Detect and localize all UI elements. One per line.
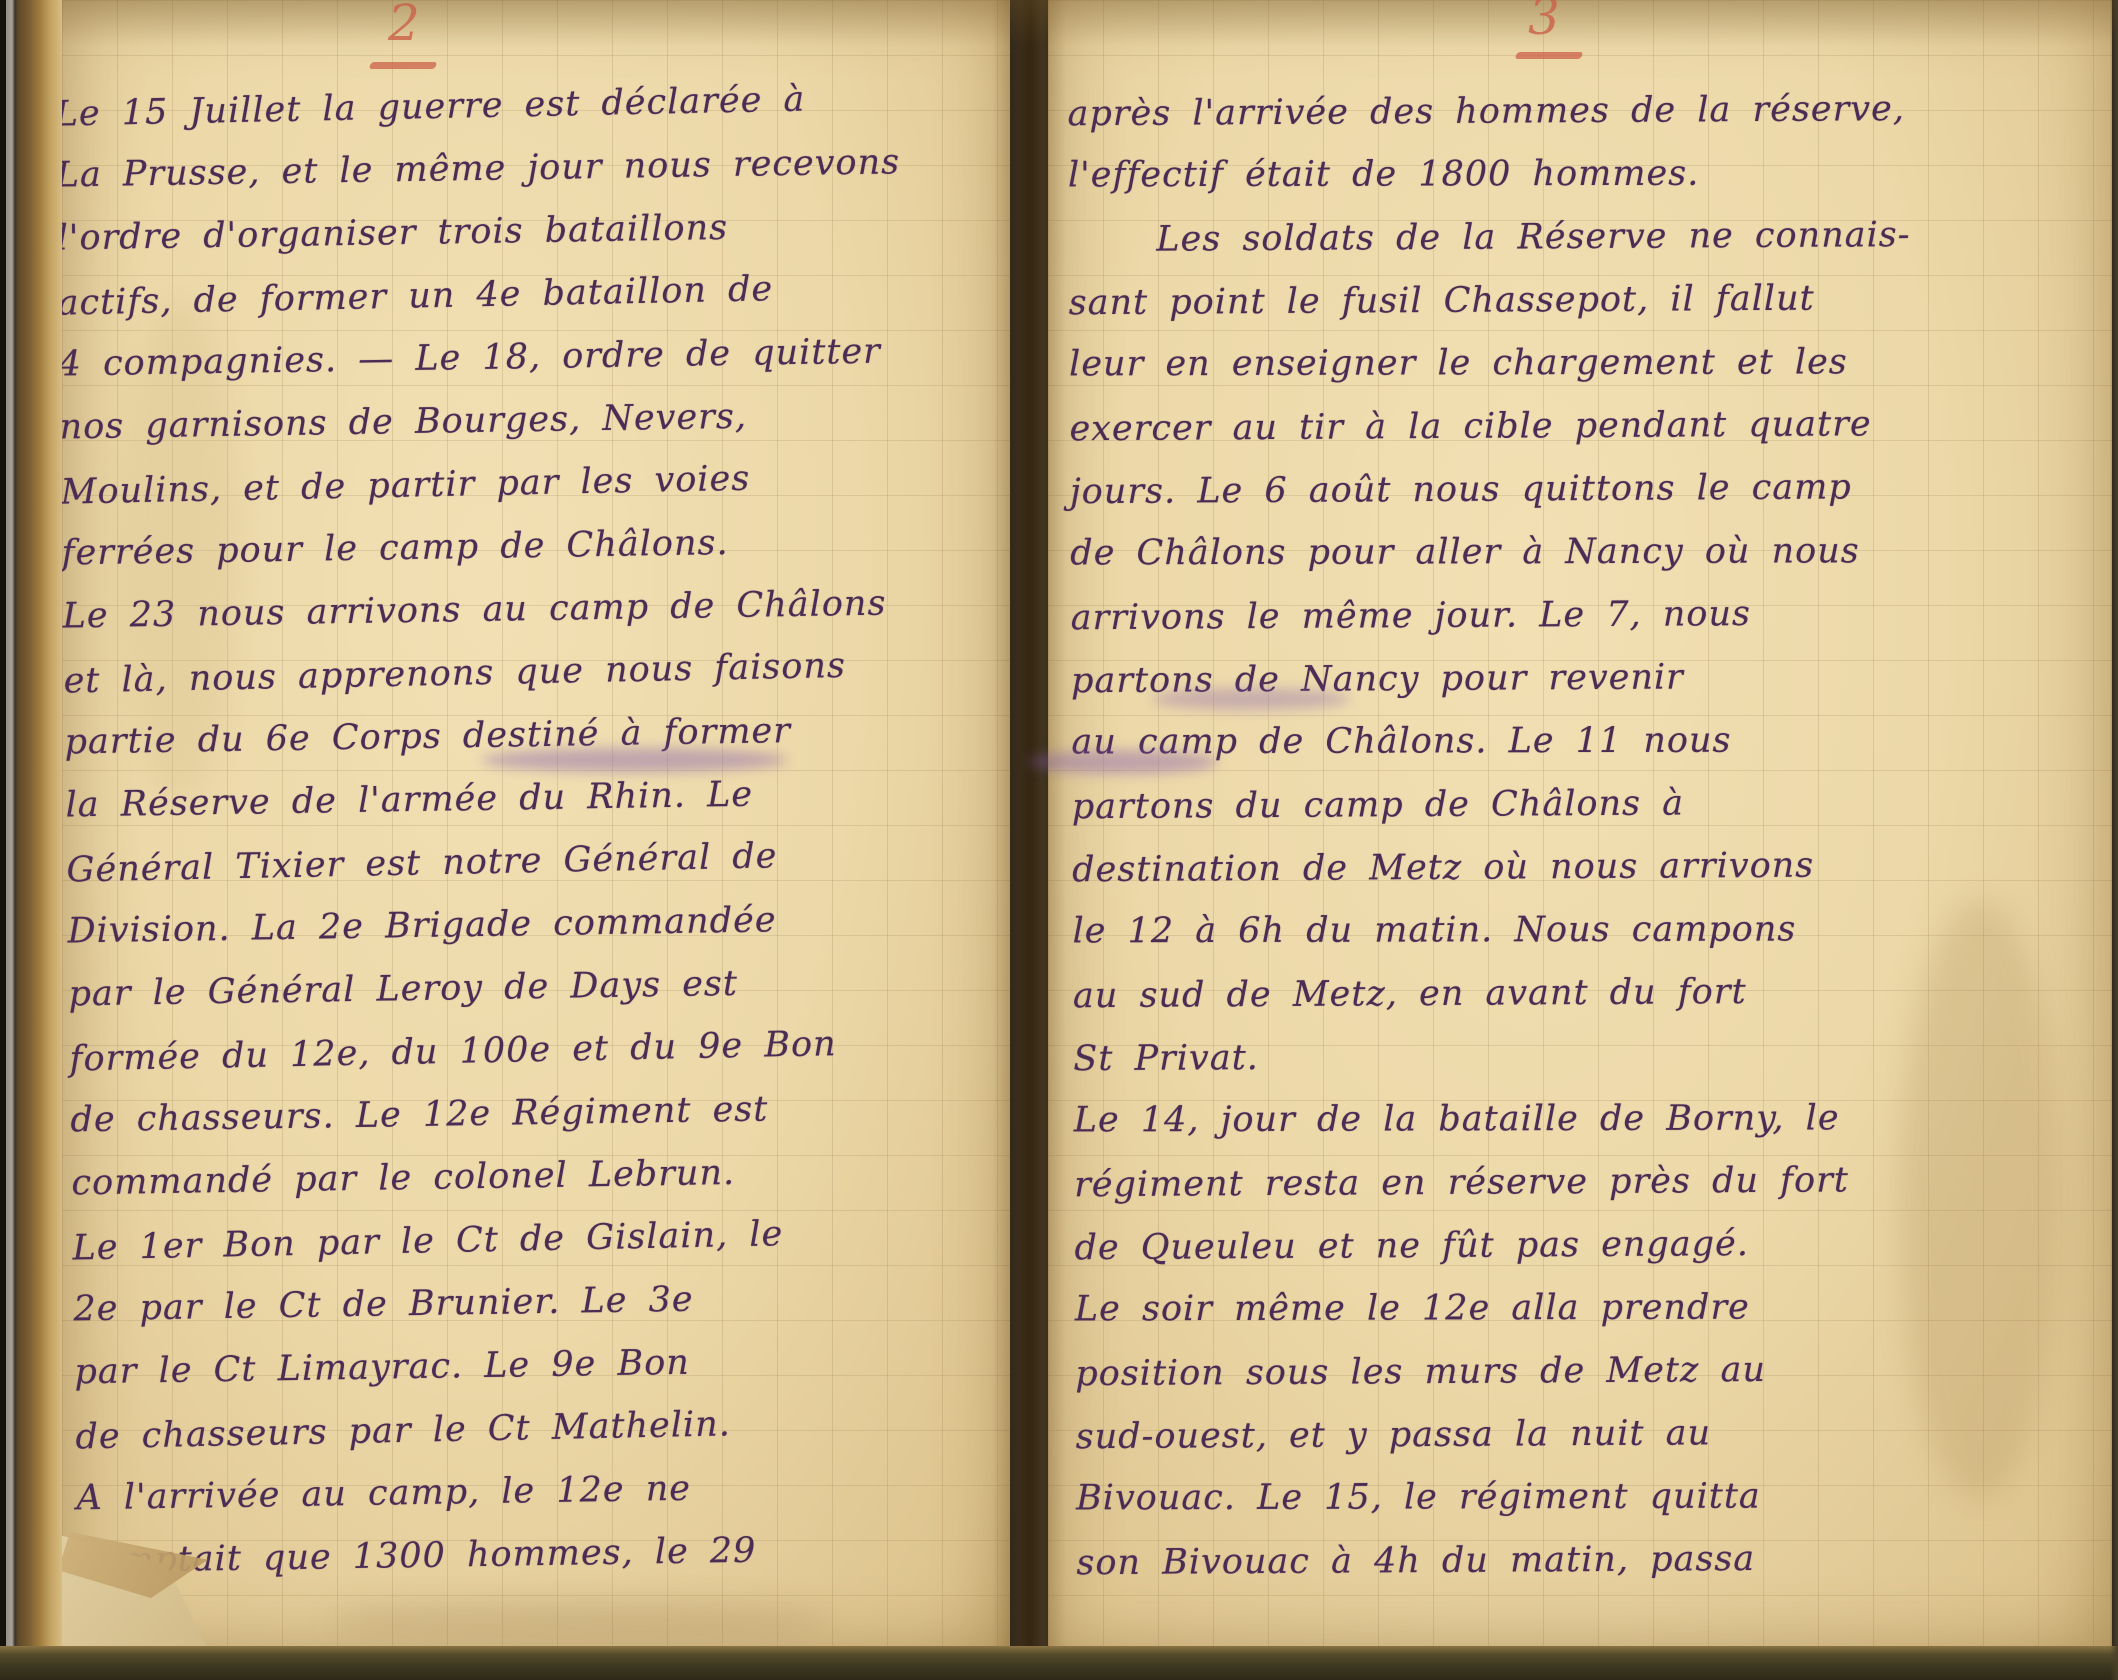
manuscript-line: sud-ouest, et y passa la nuit au <box>1075 1400 2118 1469</box>
manuscript-line: de Châlons pour aller à Nancy où nous <box>1070 520 2118 586</box>
page-number-left-underline <box>369 62 438 69</box>
manuscript-line: l'effectif était de 1800 hommes. <box>1068 142 2118 208</box>
page-number-right-underline <box>1515 52 1584 59</box>
manuscript-line: sant point le fusil Chassepot, il fallut <box>1069 266 2118 335</box>
scan-right-edge <box>2110 0 2118 1680</box>
book-spine-edge <box>0 0 62 1680</box>
manuscript-line: son Bivouac à 4h du matin, passa <box>1076 1526 2118 1595</box>
manuscript-line: au sud de Metz, en avant du fort <box>1073 959 2118 1028</box>
manuscript-line: au camp de Châlons. Le 11 nous <box>1071 709 2118 775</box>
manuscript-line: de Queuleu et ne fût pas engagé. <box>1074 1211 2118 1280</box>
manuscript-line: Bivouac. Le 15, le régiment quitta <box>1076 1465 2118 1531</box>
ink-smudge <box>1028 750 1218 774</box>
manuscript-line: destination de Metz où nous arrivons <box>1072 833 2118 902</box>
manuscript-line: Le soir même le 12e alla prendre <box>1075 1276 2118 1342</box>
book-bottom-edge <box>0 1646 2118 1680</box>
manuscript-line: après l'arrivée des hommes de la réserve… <box>1067 77 2117 146</box>
ink-smudge <box>1152 688 1350 710</box>
right-page-text: après l'arrivée des hommes de la réserve… <box>1067 77 2118 1595</box>
manuscript-line: exercer au tir à la cible pendant quatre <box>1069 392 2118 461</box>
manuscript-line: leur en enseigner le chargement et les <box>1069 331 2118 397</box>
manuscript-line: Les soldats de la Réserve ne connais- <box>1068 203 2118 272</box>
page-number-right: 3 <box>1528 0 1560 46</box>
ink-smudge <box>482 748 787 772</box>
manuscript-line: jours. Le 6 août nous quittons le camp <box>1070 455 2118 524</box>
page-number-left: 2 <box>388 0 420 52</box>
left-page-text: Le 15 Juillet la guerre est déclarée à L… <box>54 67 1028 1594</box>
manuscript-line: St Privat. <box>1073 1022 2118 1091</box>
manuscript-scan: 2 3 Le 15 Juillet la guerre est déclarée… <box>0 0 2118 1680</box>
manuscript-line: régiment resta en réserve près du fort <box>1074 1148 2118 1217</box>
top-shadow <box>0 0 2118 46</box>
manuscript-line: arrivons le même jour. Le 7, nous <box>1070 581 2118 650</box>
manuscript-line: Le 14, jour de la bataille de Borny, le <box>1074 1087 2118 1153</box>
manuscript-line: le 12 à 6h du matin. Nous campons <box>1072 898 2118 964</box>
manuscript-line: position sous les murs de Metz au <box>1075 1337 2118 1406</box>
manuscript-line: partons du camp de Châlons à <box>1072 770 2118 839</box>
paper-blotch <box>330 1600 830 1640</box>
